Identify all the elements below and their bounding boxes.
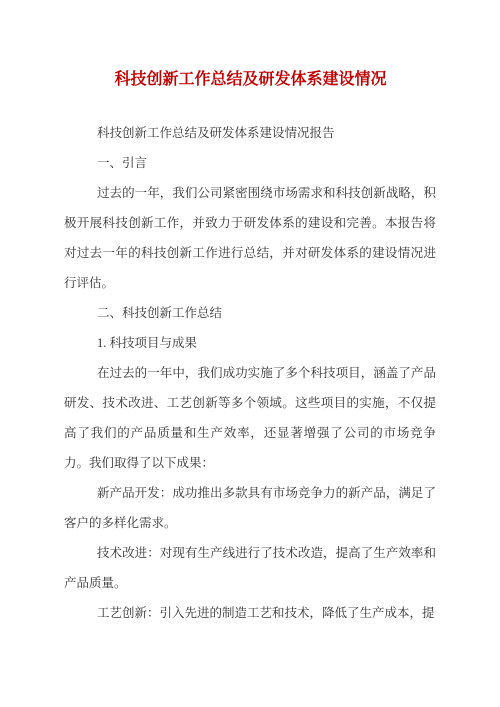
paragraph-projects-body: 在过去的一年中，我们成功实施了多个科技项目，涵盖了产品研发、技术改进、工艺创新等… [64,358,436,478]
paragraph-intro-body: 过去的一年，我们公司紧密围绕市场需求和科技创新战略，积极开展科技创新工作，并致力… [64,178,436,298]
paragraph-subsection-1-heading: 1. 科技项目与成果 [64,328,436,358]
document-title: 科技创新工作总结及研发体系建设情况 [64,67,437,93]
paragraph-tech-improvement-item: 技术改进：对现有生产线进行了技术改造，提高了生产效率和产品质量。 [64,538,436,598]
document-body: 科技创新工作总结及研发体系建设情况报告 一、引言 过去的一年，我们公司紧密围绕市… [64,118,436,628]
paragraph-new-product-item: 新产品开发：成功推出多款具有市场竞争力的新产品，满足了客户的多样化需求。 [64,478,436,538]
document-page: 科技创新工作总结及研发体系建设情况 科技创新工作总结及研发体系建设情况报告 一、… [0,0,500,707]
paragraph-process-innovation-item-cut: 工艺创新：引入先进的制造工艺和技术，降低了生产成本，提 [64,598,436,628]
paragraph-section-1-heading: 一、引言 [64,148,436,178]
paragraph-section-2-heading: 二、科技创新工作总结 [64,298,436,328]
paragraph-report-subtitle: 科技创新工作总结及研发体系建设情况报告 [64,118,436,148]
